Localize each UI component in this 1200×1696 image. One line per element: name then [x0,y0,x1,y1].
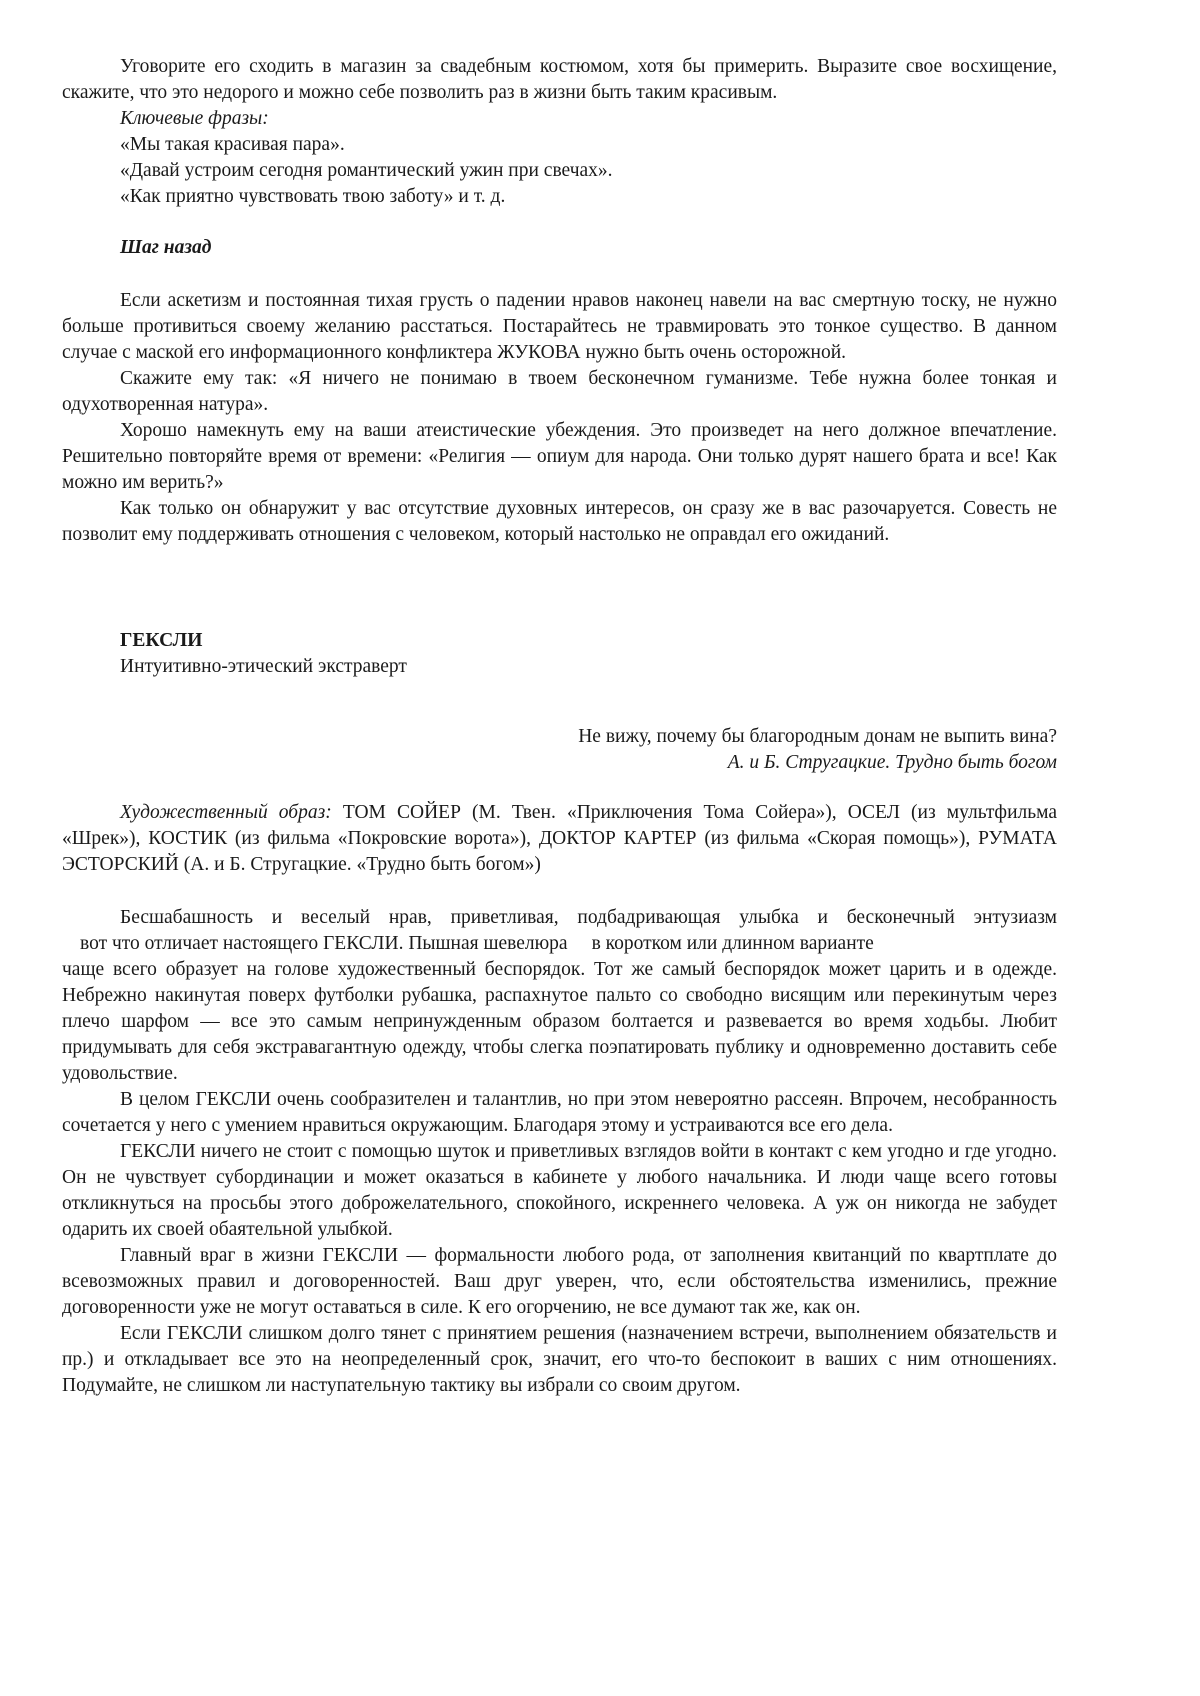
appearance-rest: чаще всего образует на голове художестве… [62,957,1057,1087]
artistic-image-label: Художественный образ: [120,802,332,823]
paragraph: Главный враг в жизни ГЕКСЛИ — формальнос… [62,1243,1057,1321]
paragraph: ГЕКСЛИ ничего не стоит с помощью шуток и… [62,1139,1057,1243]
paragraph: Как только он обнаружит у вас отсутствие… [62,496,1057,548]
type-name-heading: ГЕКСЛИ [62,628,1057,654]
paragraph-suit: Уговорите его сходить в магазин за сваде… [62,54,1057,106]
paragraph: Скажите ему так: «Я ничего не понимаю в … [62,366,1057,418]
paragraph: Если аскетизм и постоянная тихая грусть … [62,288,1057,366]
paragraph-appearance: Бесшабашность и веселый нрав, приветлива… [62,905,1057,1087]
paragraph: Если ГЕКСЛИ слишком долго тянет с принят… [62,1321,1057,1399]
artistic-image-paragraph: Художественный образ: ТОМ СОЙЕР (М. Твен… [62,800,1057,878]
key-phrase: «Как приятно чувствовать твою заботу» и … [62,184,1057,210]
epigraph-quote: Не вижу, почему бы благородным донам не … [62,724,1057,750]
document-page: Уговорите его сходить в магазин за сваде… [62,54,1057,1399]
paragraph: Хорошо намекнуть ему на ваши атеистическ… [62,418,1057,496]
epigraph-source: А. и Б. Стругацкие. Трудно быть богом [62,750,1057,776]
key-phrases-label: Ключевые фразы: [62,106,1057,132]
appearance-line-1: Бесшабашность и веселый нрав, приветлива… [62,905,1057,931]
epigraph: Не вижу, почему бы благородным донам не … [62,724,1057,776]
key-phrase: «Мы такая красивая пара». [62,132,1057,158]
key-phrase: «Давай устроим сегодня романтический ужи… [62,158,1057,184]
paragraph: В целом ГЕКСЛИ очень сообразителен и тал… [62,1087,1057,1139]
appearance-line-2: вот что отличает настоящего ГЕКСЛИ. Пышн… [62,931,1057,957]
section-heading-step-back: Шаг назад [62,235,1057,261]
type-description: Интуитивно-этический экстраверт [62,654,1057,680]
